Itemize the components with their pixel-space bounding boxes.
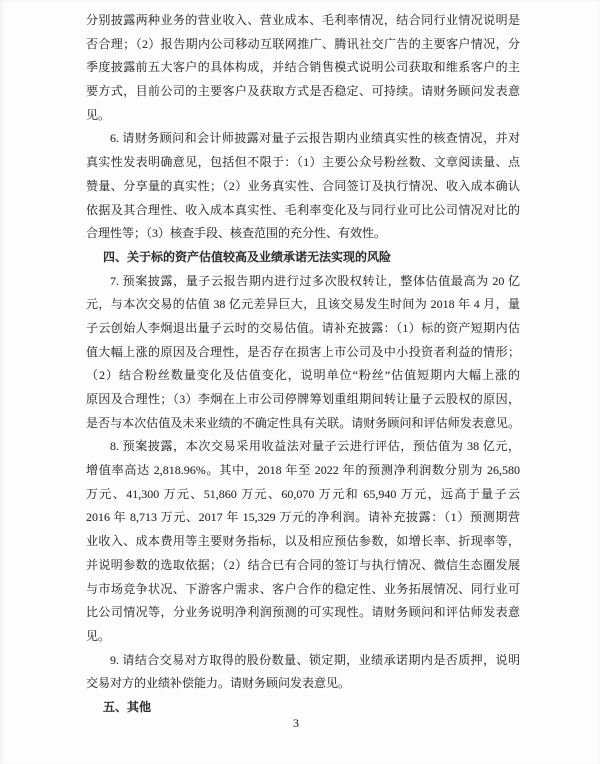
text-line: 万元、41,300 万元、51,860 万元、60,070 万元和 65,940… bbox=[86, 483, 520, 507]
document-page: 分别披露两种业务的营业收入、营业成本、毛利率情况，结合同行业情况说明是否合理；（… bbox=[0, 0, 600, 764]
page-number: 3 bbox=[0, 716, 592, 731]
text-line: 2016 年 8,713 万元、2017 年 15,329 万元的净利润。请补充… bbox=[86, 506, 520, 530]
text-line: 业收入、成本费用等主要财务指标，以及相应预估参数，如增长率、折现率等， bbox=[86, 530, 520, 554]
text-line: 并说明参数的选取依据；（2）结合已有合同的签订与执行情况、微信生态圈发展 bbox=[86, 554, 520, 578]
text-line: 元，与本次交易的估值 38 亿元差异巨大，且该交易发生时间为 2018 年 4 … bbox=[86, 293, 520, 317]
section-heading: 四、关于标的资产估值较高及业绩承诺无法实现的风险 bbox=[86, 246, 520, 270]
text-line: 赞量、分享量的真实性；（2）业务真实性、合同签订及执行情况、收入成本确认 bbox=[86, 175, 520, 199]
text-line: 与市场竞争状况、下游客户需求、客户合作的稳定性、业务拓展情况、同行业可 bbox=[86, 578, 520, 602]
text-line: 7. 预案披露，量子云报告期内进行过多次股权转让，整体估值最高为 20 亿 bbox=[86, 270, 520, 294]
text-line: 交易对方的业绩补偿能力。请财务顾问发表意见。 bbox=[86, 672, 520, 696]
text-line: 6. 请财务顾问和会计师披露对量子云报告期内业绩真实性的核查情况，并对 bbox=[86, 127, 520, 151]
text-line: 原因及合理性；（3）李炯在上市公司停牌筹划重组期间转让量子云股权的原因， bbox=[86, 388, 520, 412]
text-line: 比公司情况等，分业务说明净利润预测的可实现性。请财务顾问和评估师发表意 bbox=[86, 601, 520, 625]
text-line: 8. 预案披露，本次交易采用收益法对量子云进行评估，预估值为 38 亿元， bbox=[86, 435, 520, 459]
text-line: 增值率高达 2,818.96%。其中，2018 年至 2022 年的预测净利润数… bbox=[86, 459, 520, 483]
text-line: 分别披露两种业务的营业收入、营业成本、毛利率情况，结合同行业情况说明是 bbox=[86, 9, 520, 33]
text-line: 合理性等；（3）核查手段、核查范围的充分性、有效性。 bbox=[86, 222, 520, 246]
document-body: 分别披露两种业务的营业收入、营业成本、毛利率情况，结合同行业情况说明是否合理；（… bbox=[86, 9, 520, 720]
text-line: 真实性发表明确意见，包括但不限于：（1）主要公众号粉丝数、文章阅读量、点 bbox=[86, 151, 520, 175]
text-line: （2）结合粉丝数量变化及估值变化，说明单位“粉丝”估值短期内大幅上涨的 bbox=[86, 364, 520, 388]
text-line: 是否与本次估值及未来业绩的不确定性具有关联。请财务顾问和评估师发表意见。 bbox=[86, 412, 520, 436]
text-line: 要方式，目前公司的主要客户及获取方式是否稳定、可持续。请财务顾问发表意 bbox=[86, 80, 520, 104]
text-line: 子云创始人李炯退出量子云时的交易估值。请补充披露：（1）标的资产短期内估 bbox=[86, 317, 520, 341]
text-line: 9. 请结合交易对方取得的股份数量、锁定期，业绩承诺期内是否质押，说明 bbox=[86, 649, 520, 673]
text-line: 依据及其合理性、收入成本真实性、毛利率变化及与同行业可比公司情况对比的 bbox=[86, 199, 520, 223]
text-line: 见。 bbox=[86, 104, 520, 128]
text-line: 季度披露前五大客户的具体构成，并结合销售模式说明公司获取和维系客户的主 bbox=[86, 56, 520, 80]
text-line: 见。 bbox=[86, 625, 520, 649]
text-line: 否合理；（2）报告期内公司移动互联网推广、腾讯社交广告的主要客户情况，分 bbox=[86, 33, 520, 57]
text-line: 值大幅上涨的原因及合理性，是否存在损害上市公司及中小投资者利益的情形； bbox=[86, 341, 520, 365]
